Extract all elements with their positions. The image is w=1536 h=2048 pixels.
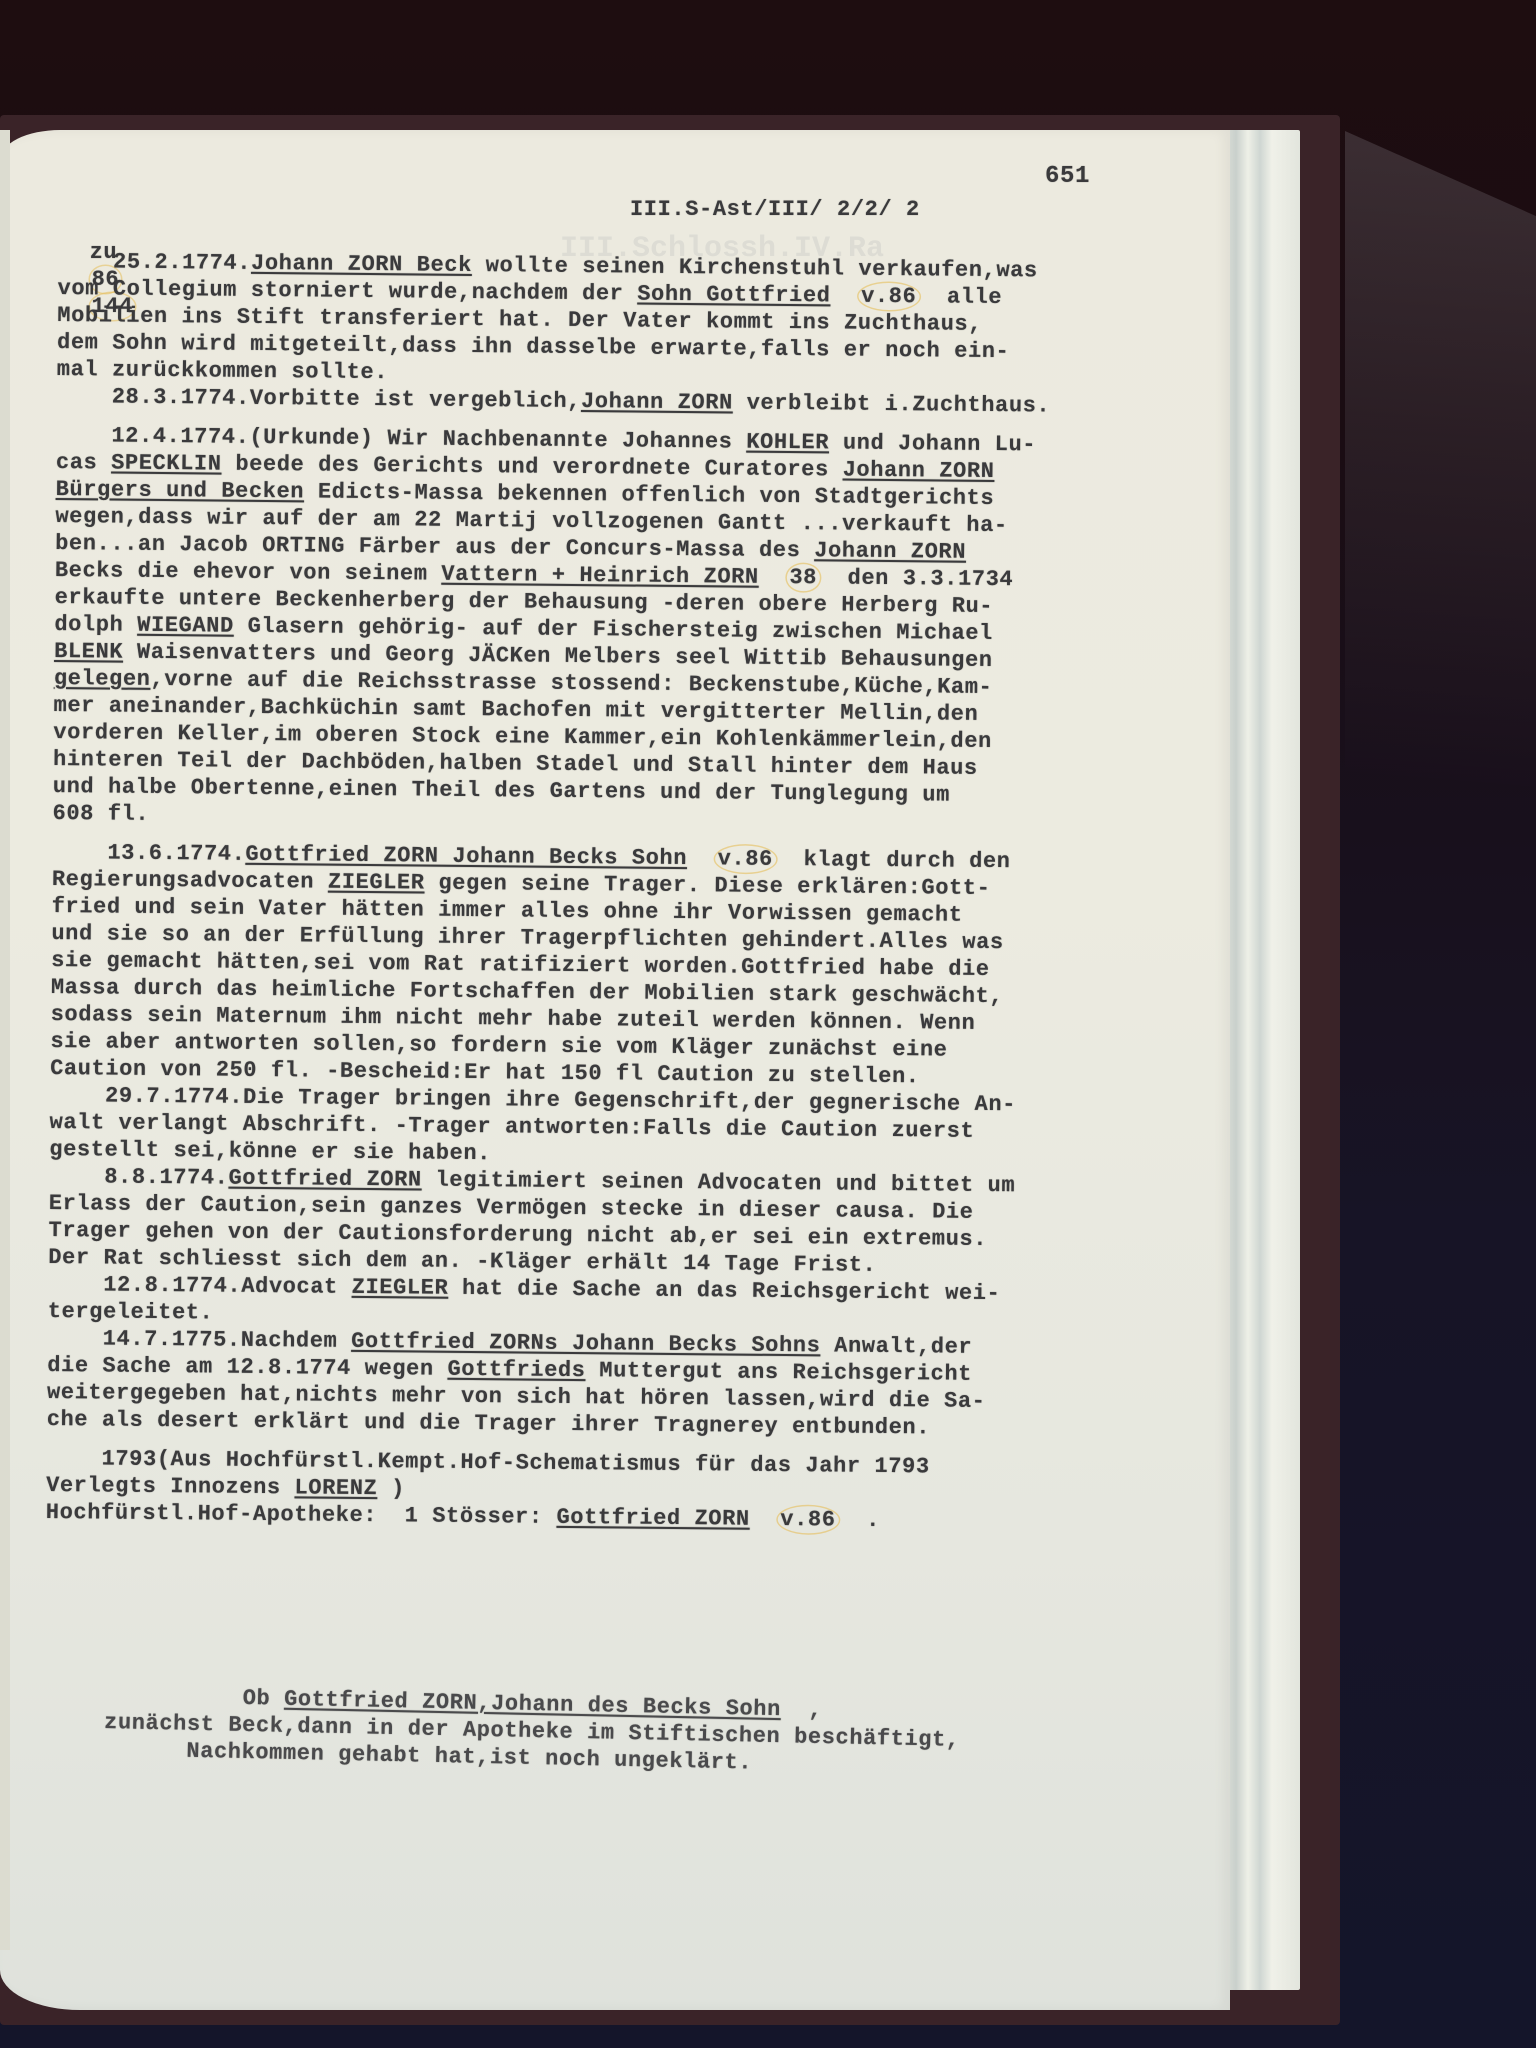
underlined-name: Johann ZORN bbox=[843, 458, 995, 484]
text-run: Hochfürstl.Hof-Apotheke: 1 Stösser: bbox=[46, 1500, 557, 1530]
text-run: cas bbox=[56, 450, 111, 476]
archive-reference: III.S-Ast/III/ 2/2/ 2 bbox=[630, 196, 920, 223]
text-run: Becks die ehevor von seinem bbox=[55, 558, 442, 587]
text-run: hat die Sache an das Reichsgericht wei- bbox=[448, 1276, 1000, 1306]
text-run: Ob bbox=[104, 1683, 284, 1712]
text-run: . bbox=[838, 1508, 880, 1533]
circled-reference: v.86 bbox=[858, 283, 919, 311]
text-run: 14.7.1775.Nachdem bbox=[47, 1326, 351, 1354]
text-run: Regierungsadvocaten bbox=[52, 867, 328, 895]
circled-reference: v.86 bbox=[715, 845, 776, 873]
underlined-name: gelegen bbox=[54, 666, 151, 692]
text-run: tergeleitet. bbox=[48, 1299, 214, 1326]
text-run: klagt durch den bbox=[776, 847, 1011, 874]
text-run: Muttergut ans Reichsgericht bbox=[585, 1358, 972, 1387]
page-number: 651 bbox=[1045, 163, 1090, 190]
underlined-name: WIEGAND bbox=[137, 613, 234, 639]
text-run: mal zurückkommen sollte. bbox=[57, 357, 388, 385]
facing-page-edge bbox=[0, 130, 10, 1950]
text-run: den 3.3.1734 bbox=[820, 565, 1013, 592]
underlined-name: Gottfried ZORN bbox=[556, 1505, 749, 1532]
text-run: gestellt sei,könne er sie haben. bbox=[49, 1137, 491, 1166]
underlined-name: BLENK bbox=[54, 639, 123, 665]
underlined-name: Sohn Gottfried bbox=[637, 282, 830, 309]
text-run bbox=[750, 1507, 778, 1532]
text-run: ) bbox=[377, 1476, 405, 1501]
document-body: 25.2.1774.Johann ZORN Beck wollte seinen… bbox=[46, 248, 1052, 1535]
underlined-name: Bürgers und Becken bbox=[56, 477, 305, 504]
text-run bbox=[687, 846, 715, 871]
text-run bbox=[759, 565, 787, 590]
underlined-name: KOHLER bbox=[746, 430, 829, 456]
text-run: 25.2.1774. bbox=[58, 249, 251, 276]
text-run bbox=[830, 283, 858, 308]
light-reflection bbox=[1345, 131, 1536, 1229]
underlined-name: Vattern + Heinrich ZORN bbox=[441, 562, 759, 590]
text-run: alle bbox=[919, 284, 1002, 310]
circled-reference: v.86 bbox=[777, 1506, 838, 1534]
underlined-name: SPECKLIN bbox=[111, 451, 222, 477]
page-stack-edges bbox=[1220, 130, 1300, 1990]
text-run: dolph bbox=[54, 612, 137, 638]
text-run: verbleibt i.Zuchthaus. bbox=[733, 390, 1051, 418]
underlined-name: Johann ZORN Beck bbox=[251, 251, 472, 278]
underlined-name: Gottfried ZORNs Johann Becks Sohns bbox=[351, 1329, 820, 1359]
text-run: Verlegts Innozens bbox=[46, 1473, 295, 1500]
underlined-name: Johann ZORN bbox=[814, 538, 966, 564]
text-run: und Johann Lu- bbox=[829, 430, 1036, 457]
underlined-name: Gottfried ZORN bbox=[228, 1166, 421, 1193]
underlined-name: ZIEGLER bbox=[328, 870, 425, 896]
text-run: , bbox=[781, 1697, 823, 1723]
text-run: die Sache am 12.8.1774 wegen bbox=[47, 1353, 447, 1382]
text-run: 28.3.1774.Vorbitte ist vergeblich, bbox=[56, 384, 581, 414]
underlined-name: Johann ZORN bbox=[581, 389, 733, 415]
underlined-name: Gottfried ZORN Johann Becks Sohn bbox=[245, 842, 687, 871]
text-run: 8.8.1774. bbox=[49, 1164, 229, 1191]
circled-reference: 38 bbox=[786, 564, 820, 591]
underlined-name: LORENZ bbox=[294, 1475, 377, 1501]
underlined-name: ZIEGLER bbox=[352, 1275, 449, 1301]
text-run: 608 fl. bbox=[52, 801, 149, 827]
text-run: 12.8.1774.Advocat bbox=[48, 1272, 352, 1300]
text-run: Anwalt,der bbox=[820, 1333, 972, 1359]
underlined-name: Gottfrieds bbox=[447, 1357, 585, 1383]
text-run: 13.6.1774. bbox=[52, 840, 245, 867]
